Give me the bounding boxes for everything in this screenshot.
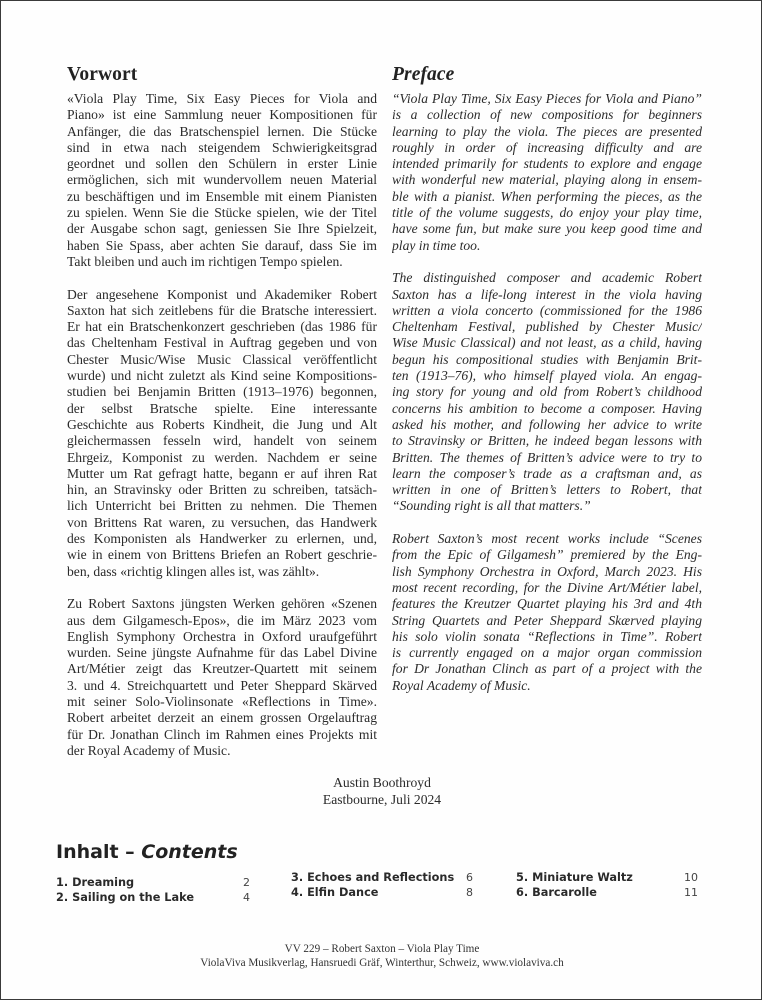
contents-entry-page: 10 <box>674 871 698 886</box>
text-line: “Sounding right is all that matters.” <box>392 498 702 514</box>
text-line: play in time too. <box>392 238 702 254</box>
text-line: Piano» ist eine Sammlung neuer Kompositi… <box>67 107 377 123</box>
contents-entry-title: 4. Elfin Dance <box>291 886 378 899</box>
text-line: 3. und 4. Streichquartett und Peter Shep… <box>67 678 377 694</box>
contents-entry-page: 11 <box>674 886 698 901</box>
contents-entry[interactable]: 3. Echoes and Reflections 6 <box>291 871 476 886</box>
text-line: von Brittens Rat waren, zu versuchen, da… <box>67 515 377 531</box>
text-line: Anfänger, die das Bratschenspiel lernen.… <box>67 124 377 140</box>
text-line: wurden. Seine jüngste Aufnahme für das L… <box>67 645 377 661</box>
text-line: The distinguished composer and academic … <box>392 270 702 286</box>
text-line: is a collection of new compositions for … <box>392 107 702 123</box>
contents-entry-page: 6 <box>449 871 473 886</box>
signature-block: Austin Boothroyd Eastbourne, Juli 2024 <box>1 775 762 808</box>
text-line: zu spielen. Wenn Sie die Stücke spielen,… <box>67 205 377 221</box>
text-line: Geschichte aus Roberts Kindheit, die Jun… <box>67 417 377 433</box>
text-line: studien bei Benjamin Britten (1913–1976)… <box>67 384 377 400</box>
document-page: Vorwort «Viola Play Time, Six Easy Piece… <box>0 0 762 1000</box>
text-line: das Cheltenham Festival in Auftrag gegeb… <box>67 335 377 351</box>
contents-entry-page: 2 <box>226 876 250 891</box>
contents-heading-english: Contents <box>141 841 237 863</box>
text-line: zu beschäftigen und im Ensemble mit eine… <box>67 189 377 205</box>
text-line: with wonderful new material, playing alo… <box>392 172 702 188</box>
text-line: asked his mother, and following her advi… <box>392 417 702 433</box>
preface-english-paragraph: The distinguished composer and academic … <box>392 270 702 514</box>
text-line: sind in etwa nach steigendem Schwierigke… <box>67 140 377 156</box>
text-line: der Royal Academy of Music. <box>67 743 377 759</box>
contents-heading: Inhalt – Contents <box>56 840 238 864</box>
text-line: Ehrgeiz, Komponist zu werden. Nachdem er… <box>67 450 377 466</box>
text-line: intended primarily for students to explo… <box>392 156 702 172</box>
text-line: Chester Music/Wise Music Classical veröf… <box>67 352 377 368</box>
text-line: concerns his ambition to become a compos… <box>392 401 702 417</box>
text-line: ble with a pianist. When performing the … <box>392 189 702 205</box>
text-line: Art/Métier zeigt das Kreutzer-Quartett m… <box>67 661 377 677</box>
contents-entry[interactable]: 2. Sailing on the Lake 4 <box>56 891 251 906</box>
text-line: English Symphony Orchestra in Oxford ura… <box>67 629 377 645</box>
preface-heading: Preface <box>392 63 702 91</box>
text-line: aus dem Gilgamesch-Epos», die im März 20… <box>67 613 377 629</box>
text-line: hin, an Stravinsky oder Britten zu schre… <box>67 482 377 498</box>
text-line: Cheltenham Festival, published by Cheste… <box>392 319 702 335</box>
text-line: Er hat ein Bratschenkonzert geschrieben … <box>67 319 377 335</box>
contents-entry[interactable]: 6. Barcarolle 11 <box>516 886 696 901</box>
contents-entry-page: 4 <box>226 891 250 906</box>
text-line: geordnet und sollen den Schülern in erst… <box>67 156 377 172</box>
text-line: Saxton has a life-long interest in the v… <box>392 287 702 303</box>
text-line: learning to play the viola. The pieces a… <box>392 124 702 140</box>
text-line: haben Sie Spass, aber achten Sie darauf,… <box>67 238 377 254</box>
text-line: features the Kreutzer Quartet playing hi… <box>392 596 702 612</box>
text-line: ing story for young and old from Robert’… <box>392 384 702 400</box>
contents-column: 5. Miniature Waltz 10 6. Barcarolle 11 <box>516 871 696 900</box>
text-line: “Viola Play Time, Six Easy Pieces for Vi… <box>392 91 702 107</box>
text-line: String Quartets and Peter Sheppard Skærv… <box>392 613 702 629</box>
preface-english-paragraph: Robert Saxton’s most recent works includ… <box>392 531 702 694</box>
preface-german-paragraph: Der angesehene Komponist und Akademiker … <box>67 287 377 580</box>
vorwort-heading: Vorwort <box>67 63 377 91</box>
contents-entry-title: 1. Dreaming <box>56 876 134 889</box>
footer-edition-line: VV 229 – Robert Saxton – Viola Play Time <box>1 943 762 957</box>
contents-entry[interactable]: 1. Dreaming 2 <box>56 876 251 891</box>
text-line: Takt bleiben und auch im richtigen Tempo… <box>67 254 377 270</box>
text-line: from the Epic of Gilgamesh” premiered by… <box>392 547 702 563</box>
contents-entry[interactable]: 4. Elfin Dance 8 <box>291 886 476 901</box>
contents-column: 1. Dreaming 2 2. Sailing on the Lake 4 <box>56 876 251 905</box>
text-line: Saxton hat sich zeitlebens für die Brats… <box>67 303 377 319</box>
preface-german-paragraph: «Viola Play Time, Six Easy Pieces for Vi… <box>67 91 377 270</box>
text-line: his solo violin sonata “Reflections in T… <box>392 629 702 645</box>
text-line: Royal Academy of Music. <box>392 678 702 694</box>
text-line: lish Symphony Orchestra in Oxford, March… <box>392 564 702 580</box>
text-line: roughly in order of increasing difficult… <box>392 140 702 156</box>
contents-column: 3. Echoes and Reflections 6 4. Elfin Dan… <box>291 871 476 900</box>
text-line: written in one of Britten’s letters to R… <box>392 482 702 498</box>
page-footer: VV 229 – Robert Saxton – Viola Play Time… <box>1 943 762 970</box>
text-line: to Stravinsky or Britten, he indeed bega… <box>392 433 702 449</box>
text-line: most recent recording, for the Divine Ar… <box>392 580 702 596</box>
text-line: ten (1913–76), who himself played viola.… <box>392 368 702 384</box>
author-name: Austin Boothroyd <box>1 775 762 792</box>
preface-english-column: Preface “Viola Play Time, Six Easy Piece… <box>392 63 702 710</box>
text-line: «Viola Play Time, Six Easy Pieces for Vi… <box>67 91 377 107</box>
text-line: is currently engaged on a major organ co… <box>392 645 702 661</box>
text-line: Wise Music Classical) and not least, as … <box>392 335 702 351</box>
text-line: gleichermassen fesseln wird, handelt von… <box>67 433 377 449</box>
text-line: Robert arbeitet derzeit an einem grossen… <box>67 710 377 726</box>
text-line: wurde) und nicht zuletzt als Kind seine … <box>67 368 377 384</box>
text-line: begun his compositional studies with Ben… <box>392 352 702 368</box>
contents-entry-page: 8 <box>449 886 473 901</box>
preface-german-paragraph: Zu Robert Saxtons jüngsten Werken gehöre… <box>67 596 377 759</box>
contents-entry-title: 6. Barcarolle <box>516 886 597 899</box>
text-line: lich Unterricht bei Britten zu nehmen. D… <box>67 498 377 514</box>
text-line: ben, dass «richtig klingen alles ist, wa… <box>67 564 377 580</box>
contents-entry-title: 3. Echoes and Reflections <box>291 871 454 884</box>
contents-heading-german: Inhalt – <box>56 841 135 863</box>
preface-german-column: Vorwort «Viola Play Time, Six Easy Piece… <box>67 63 377 775</box>
text-line: written a viola concerto (commissioned f… <box>392 303 702 319</box>
contents-entry-title: 5. Miniature Waltz <box>516 871 633 884</box>
contents-entry-title: 2. Sailing on the Lake <box>56 891 194 904</box>
text-line: mit seiner Solo-Violinsonate «Reflection… <box>67 694 377 710</box>
text-line: des Komponisten als Handwerker zu erlern… <box>67 531 377 547</box>
text-line: der selbst Bratsche spielte. Eine intere… <box>67 401 377 417</box>
text-line: learn the composer’s trade as a craftsma… <box>392 466 702 482</box>
text-line: title of the volume suggests, do enjoy y… <box>392 205 702 221</box>
text-line: have some fun, but make sure you keep go… <box>392 221 702 237</box>
preface-english-paragraph: “Viola Play Time, Six Easy Pieces for Vi… <box>392 91 702 254</box>
contents-entry[interactable]: 5. Miniature Waltz 10 <box>516 871 696 886</box>
text-line: Der angesehene Komponist und Akademiker … <box>67 287 377 303</box>
text-line: der Ausgabe schon sagt, geniessen Sie Ih… <box>67 221 377 237</box>
text-line: Zu Robert Saxtons jüngsten Werken gehöre… <box>67 596 377 612</box>
text-line: for Dr Jonathan Clinch as part of a proj… <box>392 661 702 677</box>
text-line: für Dr. Jonathan Clinch im Rahmen eines … <box>67 727 377 743</box>
text-line: wie in einem von Brittens Briefen an Rob… <box>67 547 377 563</box>
text-line: Mutter um Rat gefragt hatte, begann er a… <box>67 466 377 482</box>
place-date: Eastbourne, Juli 2024 <box>1 792 762 809</box>
text-line: ermöglichen, sich mit wundervollem neuen… <box>67 172 377 188</box>
text-line: Robert Saxton’s most recent works includ… <box>392 531 702 547</box>
footer-publisher-line: ViolaViva Musikverlag, Hansruedi Gräf, W… <box>1 957 762 971</box>
text-line: Britten. The themes of Britten’s advice … <box>392 450 702 466</box>
